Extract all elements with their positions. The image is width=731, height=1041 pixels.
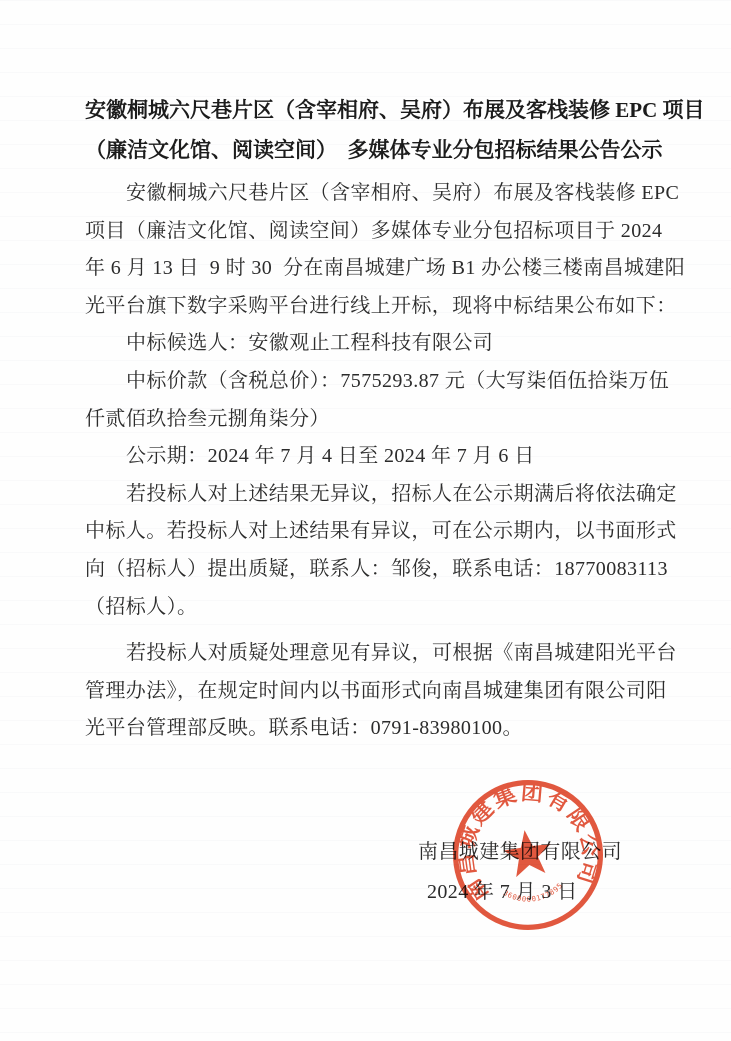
seal-serial-number: 3600000177895 <box>501 880 567 908</box>
text-line: 若投标人对上述结果无异议，招标人在公示期满后将依法确定 <box>85 476 657 514</box>
paragraph: 若投标人对质疑处理意见有异议，可根据《南昌城建阳光平台管理办法》，在规定时间内以… <box>85 635 657 748</box>
paragraph: 安徽桐城六尺巷片区（含宰相府、吴府）布展及客栈装修 EPC项目（廉洁文化馆、阅读… <box>85 175 657 325</box>
paragraph: 若投标人对上述结果无异议，招标人在公示期满后将依法确定中标人。若投标人对上述结果… <box>85 476 657 626</box>
paragraph: 中标候选人：安徽观止工程科技有限公司 <box>85 325 657 363</box>
document-body: 安徽桐城六尺巷片区（含宰相府、吴府）布展及客栈装修 EPC项目（廉洁文化馆、阅读… <box>85 175 657 748</box>
text-line: 仟贰佰玖拾叁元捌角柒分） <box>85 401 657 439</box>
text-line: （招标人）。 <box>85 589 657 627</box>
seal-star-icon <box>501 827 555 879</box>
text-line: 管理办法》，在规定时间内以书面形式向南昌城建集团有限公司阳 <box>85 673 657 711</box>
paragraph: 中标价款（含税总价）：7575293.87 元（大写柒佰伍拾柒万伍仟贰佰玖拾叁元… <box>85 363 657 438</box>
text-line: 安徽桐城六尺巷片区（含宰相府、吴府）布展及客栈装修 EPC <box>85 175 657 213</box>
title-line: 安徽桐城六尺巷片区（含宰相府、吴府）布展及客栈装修 EPC 项目 <box>85 90 657 130</box>
title-line: （廉洁文化馆、阅读空间） 多媒体专业分包招标结果公告公示 <box>85 130 657 170</box>
text-line: 向（招标人）提出质疑，联系人：邹俊，联系电话：18770083113 <box>85 551 657 589</box>
text-line: 光平台旗下数字采购平台进行线上开标，现将中标结果公布如下： <box>85 288 657 326</box>
text-line: 中标人。若投标人对上述结果有异议，可在公示期内，以书面形式 <box>85 513 657 551</box>
text-line: 公示期：2024 年 7 月 4 日至 2024 年 7 月 6 日 <box>85 438 657 476</box>
paragraph: 公示期：2024 年 7 月 4 日至 2024 年 7 月 6 日 <box>85 438 657 476</box>
document-content: 安徽桐城六尺巷片区（含宰相府、吴府）布展及客栈装修 EPC 项目（廉洁文化馆、阅… <box>85 90 657 748</box>
text-line: 项目（廉洁文化馆、阅读空间）多媒体专业分包招标项目于 2024 <box>85 213 657 251</box>
company-seal: 南昌城建集团有限公司 3600000177895 <box>435 762 620 947</box>
document-title: 安徽桐城六尺巷片区（含宰相府、吴府）布展及客栈装修 EPC 项目（廉洁文化馆、阅… <box>85 90 657 170</box>
document-page: 安徽桐城六尺巷片区（含宰相府、吴府）布展及客栈装修 EPC 项目（廉洁文化馆、阅… <box>0 0 731 1041</box>
text-line: 中标价款（含税总价）：7575293.87 元（大写柒佰伍拾柒万伍 <box>85 363 657 401</box>
text-line: 光平台管理部反映。联系电话：0791-83980100。 <box>85 710 657 748</box>
text-line: 年 6 月 13 日 9 时 30 分在南昌城建广场 B1 办公楼三楼南昌城建阳 <box>85 250 657 288</box>
text-line: 中标候选人：安徽观止工程科技有限公司 <box>85 325 657 363</box>
text-line: 若投标人对质疑处理意见有异议，可根据《南昌城建阳光平台 <box>85 635 657 673</box>
